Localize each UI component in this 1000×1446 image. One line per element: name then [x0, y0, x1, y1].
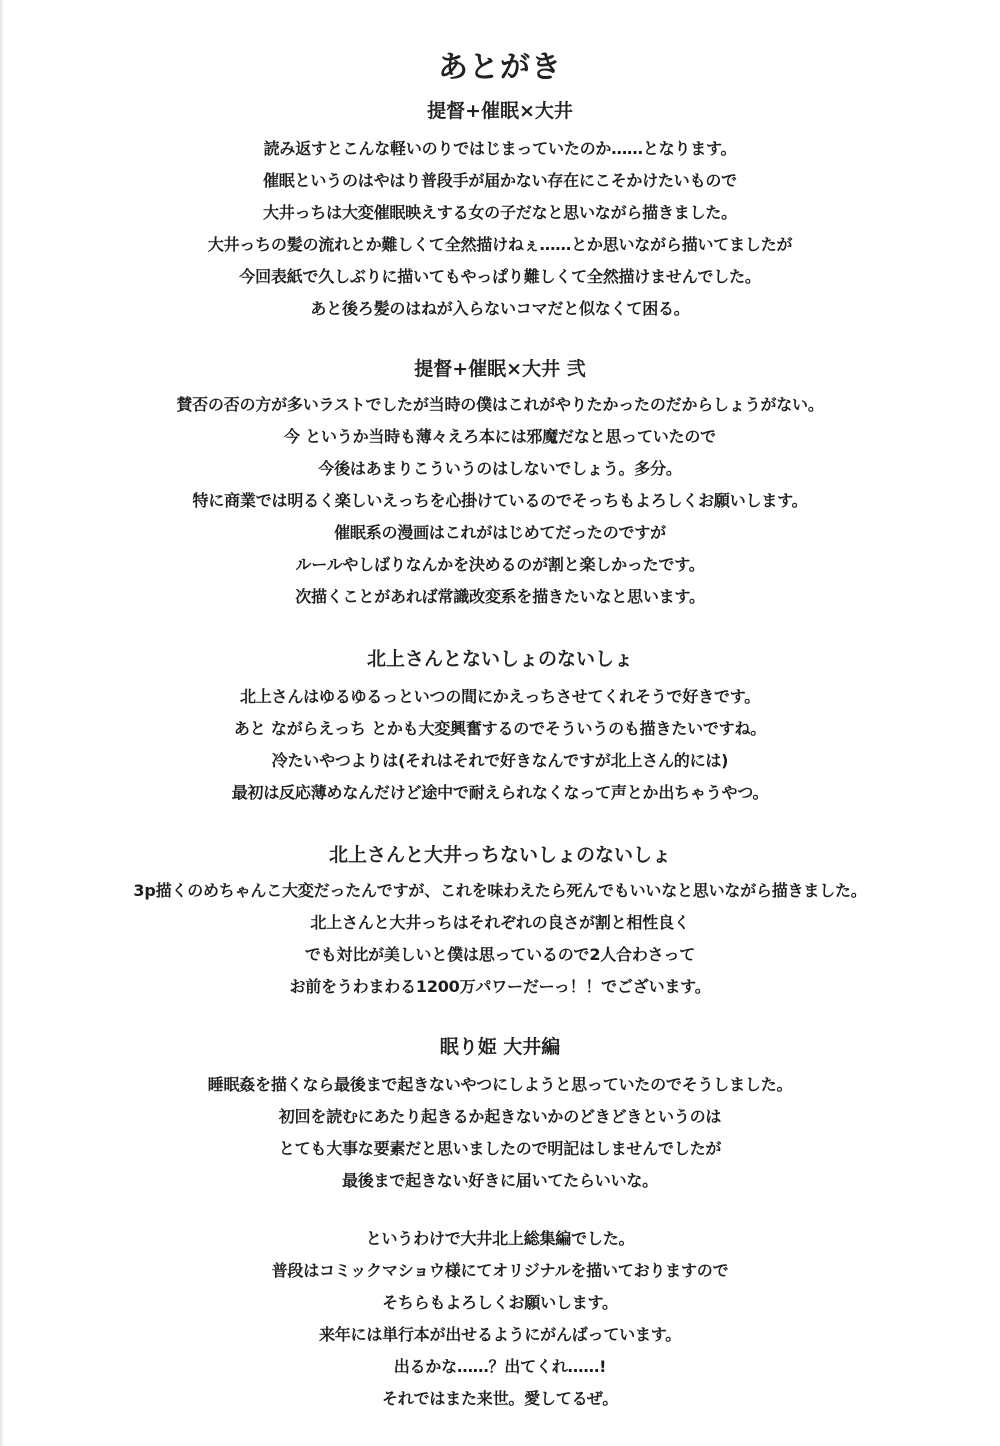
text-line: 初回を読むにあたり起きるか起きないかのどきどきというのは [0, 1104, 1000, 1127]
closing-line: 来年には単行本が出せるようにがんばっています。 [0, 1322, 1000, 1345]
text-line: 最後まで起きない好きに届いてたらいいな。 [0, 1168, 1000, 1191]
section-heading-4: 北上さんと大井っちないしょのないしょ [0, 840, 1000, 867]
section-heading-2: 提督+催眠×大井 弐 [0, 354, 1000, 381]
text-line: 冷たいやつよりは(それはそれで好きなんですが北上さん的には) [0, 748, 1000, 771]
text-line: 北上さんと大井っちはそれぞれの良さが割と相性良く [0, 910, 1000, 933]
closing-line: 普段はコミックマショウ様にてオリジナルを描いておりますので [0, 1258, 1000, 1281]
text-line: 最初は反応薄めなんだけど途中で耐えられなくなって声とか出ちゃうやつ。 [0, 780, 1000, 803]
section-heading-5: 眠り姫 大井編 [0, 1032, 1000, 1059]
text-line: お前をうわまわる1200万パワーだーっ！！でございます。 [0, 974, 1000, 997]
text-line: 睡眠姦を描くなら最後まで起きないやつにしようと思っていたのでそうしました。 [0, 1072, 1000, 1095]
text-line: 賛否の否の方が多いラストでしたが当時の僕はこれがやりたかったのだからしょうがない… [0, 392, 1000, 415]
text-line: 今後はあまりこういうのはしないでしょう。多分。 [0, 456, 1000, 479]
text-line: 特に商業では明るく楽しいえっちを心掛けているのでそっちもよろしくお願いします。 [0, 488, 1000, 511]
text-line: 大井っちの髪の流れとか難しくて全然描けねぇ……とか思いながら描いてましたが [0, 232, 1000, 255]
text-line: ルールやしばりなんかを決めるのが割と楽しかったです。 [0, 552, 1000, 575]
text-line: 北上さんはゆるゆるっといつの間にかえっちさせてくれそうで好きです。 [0, 684, 1000, 707]
text-line: 今 というか当時も薄々えろ本には邪魔だなと思っていたので [0, 424, 1000, 447]
section-heading-3: 北上さんとないしょのないしょ [0, 644, 1000, 671]
text-line: 催眠系の漫画はこれがはじめてだったのですが [0, 520, 1000, 543]
text-line: とても大事な要素だと思いましたので明記はしませんでしたが [0, 1136, 1000, 1159]
closing-line: それではまた来世。愛してるぜ。 [0, 1386, 1000, 1409]
text-line: 次描くことがあれば常識改変系を描きたいなと思います。 [0, 584, 1000, 607]
text-line: あと ながらえっち とかも大変興奮するのでそういうのも描きたいですね。 [0, 716, 1000, 739]
text-line: でも対比が美しいと僕は思っているので2人合わさって [0, 942, 1000, 965]
text-line: 3p描くのめちゃんこ大変だったんですが、これを味わえたら死んでもいいなと思いなが… [0, 878, 1000, 901]
closing-line: そちらもよろしくお願いします。 [0, 1290, 1000, 1313]
section-heading-1: 提督+催眠×大井 [0, 96, 1000, 123]
text-line: 今回表紙で久しぶりに描いてもやっぱり難しくて全然描けませんでした。 [0, 264, 1000, 287]
page-title: あとがき [0, 42, 1000, 86]
closing-line: というわけで大井北上総集編でした。 [0, 1226, 1000, 1249]
text-line: 催眠というのはやはり普段手が届かない存在にこそかけたいもので [0, 168, 1000, 191]
text-line: 読み返すとこんな軽いのりではじまっていたのか……となります。 [0, 136, 1000, 159]
text-line: あと後ろ髪のはねが入らないコマだと似なくて困る。 [0, 296, 1000, 319]
afterword-page: あとがき 提督+催眠×大井 読み返すとこんな軽いのりではじまっていたのか……とな… [0, 0, 1000, 1446]
text-line: 大井っちは大変催眠映えする女の子だなと思いながら描きました。 [0, 200, 1000, 223]
closing-line: 出るかな……？出てくれ……! [0, 1354, 1000, 1377]
